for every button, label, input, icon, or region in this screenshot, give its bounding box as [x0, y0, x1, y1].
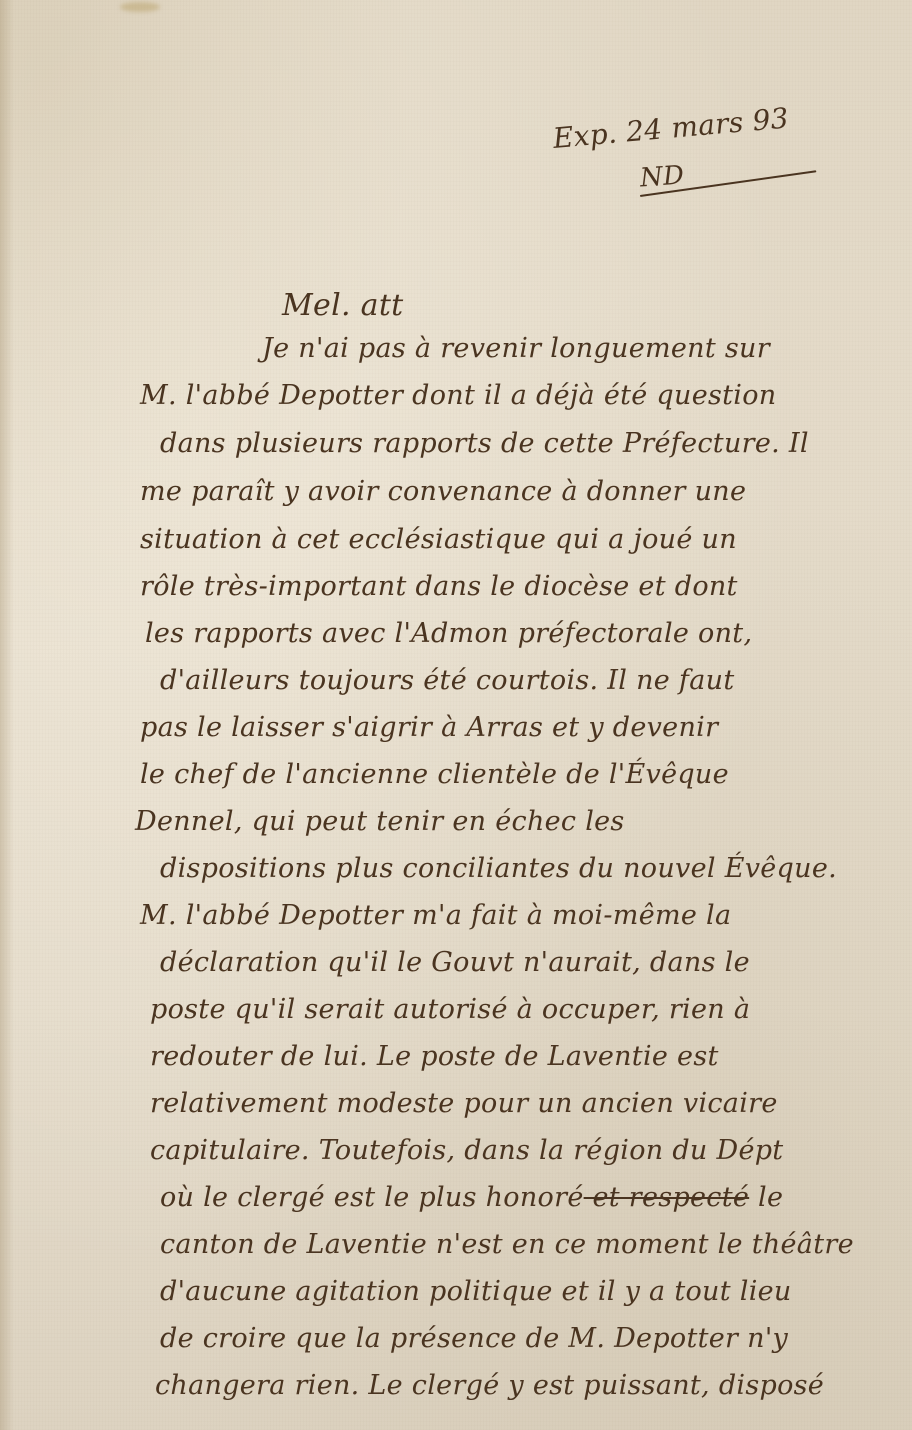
letter-line: le chef de l'ancienne clientèle de l'Évê… — [140, 761, 729, 788]
letter-line: dispositions plus conciliantes du nouvel… — [160, 855, 837, 882]
line-text: me paraît y avoir convenance à donner un… — [140, 476, 746, 507]
letter-line: canton de Laventie n'est en ce moment le… — [160, 1231, 854, 1258]
letter-line: de croire que la présence de M. Depotter… — [160, 1325, 788, 1352]
line-text: redouter de lui. Le poste de Laventie es… — [150, 1041, 719, 1072]
letter-line: déclaration qu'il le Gouvt n'aurait, dan… — [160, 949, 750, 976]
line-text: de croire que la présence de M. Depotter… — [160, 1323, 788, 1354]
letter-line: changera rien. Le clergé y est puissant,… — [155, 1372, 824, 1399]
line-text: les rapports avec l'Admon préfectorale o… — [145, 618, 752, 649]
line-text: où le clergé est le plus honoré — [160, 1182, 584, 1213]
struck-text: et respecté — [584, 1182, 750, 1213]
line-text: dispositions plus conciliantes du nouvel… — [160, 853, 837, 884]
letter-line: pas le laisser s'aigrir à Arras et y dev… — [140, 714, 718, 741]
letter-line: Dennel, qui peut tenir en échec les — [135, 808, 625, 835]
line-text: canton de Laventie n'est en ce moment le… — [160, 1229, 854, 1260]
line-text: dans plusieurs rapports de cette Préfect… — [160, 428, 809, 459]
line-text: M. l'abbé Depotter dont il a déjà été qu… — [140, 380, 776, 411]
salutation: Mel. att — [282, 288, 404, 323]
line-text: d'aucune agitation politique et il y a t… — [160, 1276, 792, 1307]
line-text: changera rien. Le clergé y est puissant,… — [155, 1370, 824, 1401]
line-text: déclaration qu'il le Gouvt n'aurait, dan… — [160, 947, 750, 978]
letter-line: M. l'abbé Depotter dont il a déjà été qu… — [140, 382, 776, 409]
letter-line: me paraît y avoir convenance à donner un… — [140, 478, 746, 505]
paper-edge-shadow — [0, 0, 14, 1430]
line-text: Dennel, qui peut tenir en échec les — [135, 806, 625, 837]
letter-line: dans plusieurs rapports de cette Préfect… — [160, 430, 809, 457]
line-text: relativement modeste pour un ancien vica… — [150, 1088, 778, 1119]
letter-line: capitulaire. Toutefois, dans la région d… — [150, 1137, 783, 1164]
letter-line: relativement modeste pour un ancien vica… — [150, 1090, 778, 1117]
line-text: le chef de l'ancienne clientèle de l'Évê… — [140, 759, 729, 790]
dateline: Exp. 24 mars 93 — [552, 101, 790, 154]
line-tail: le — [749, 1182, 783, 1213]
letter-line: où le clergé est le plus honoré et respe… — [160, 1184, 783, 1211]
letter-line: M. l'abbé Depotter m'a fait à moi-même l… — [140, 902, 731, 929]
line-text: d'ailleurs toujours été courtois. Il ne … — [160, 665, 734, 696]
line-text: Je n'ai pas à revenir longuement sur — [262, 333, 770, 364]
letter-line: situation à cet ecclésiastique qui a jou… — [140, 526, 737, 553]
line-text: rôle très-important dans le diocèse et d… — [140, 571, 738, 602]
line-text: pas le laisser s'aigrir à Arras et y dev… — [140, 712, 718, 743]
line-text: M. l'abbé Depotter m'a fait à moi-même l… — [140, 900, 731, 931]
line-text: poste qu'il serait autorisé à occuper, r… — [150, 994, 750, 1025]
letter-line: d'ailleurs toujours été courtois. Il ne … — [160, 667, 734, 694]
letter-page: Exp. 24 mars 93 ND Mel. att Je n'ai pas … — [0, 0, 912, 1430]
letter-line: rôle très-important dans le diocèse et d… — [140, 573, 738, 600]
letter-line: Je n'ai pas à revenir longuement sur — [262, 335, 770, 362]
letter-line: poste qu'il serait autorisé à occuper, r… — [150, 996, 750, 1023]
letter-line: les rapports avec l'Admon préfectorale o… — [145, 620, 752, 647]
letter-line: redouter de lui. Le poste de Laventie es… — [150, 1043, 719, 1070]
letter-line: d'aucune agitation politique et il y a t… — [160, 1278, 792, 1305]
paper-stain — [120, 2, 160, 12]
line-text: capitulaire. Toutefois, dans la région d… — [150, 1135, 783, 1166]
line-text: situation à cet ecclésiastique qui a jou… — [140, 524, 737, 555]
